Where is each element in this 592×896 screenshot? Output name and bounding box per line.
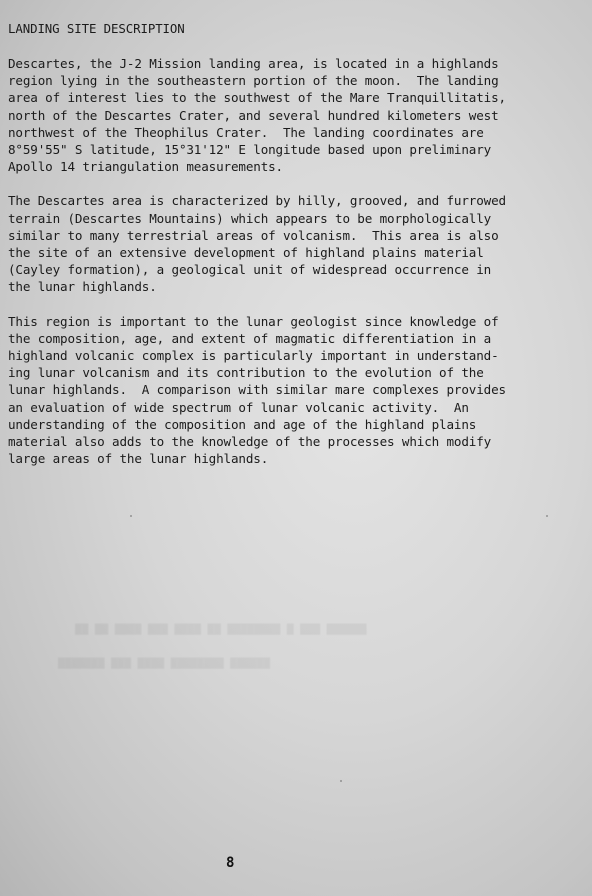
page-number: 8 <box>226 855 234 871</box>
paragraph-importance: This region is important to the lunar ge… <box>8 313 588 468</box>
bleed-through-text: ▇▇▇▇▇▇▇ ▇▇▇ ▇▇▇▇ ▇▇▇▇▇▇▇▇ ▇▇▇▇▇▇ <box>58 656 270 669</box>
bleed-through-text: ▇▇ ▇▇ ▇▇▇▇ ▇▇▇ ▇▇▇▇ ▇▇ ▇▇▇▇▇▇▇▇ ▇ ▇▇▇ ▇▇… <box>75 622 366 635</box>
section-heading: LANDING SITE DESCRIPTION <box>8 20 588 37</box>
document-page: LANDING SITE DESCRIPTION Descartes, the … <box>8 20 588 484</box>
paragraph-location: Descartes, the J-2 Mission landing area,… <box>8 55 588 175</box>
paper-speck <box>130 515 132 517</box>
paragraph-terrain: The Descartes area is characterized by h… <box>8 192 588 295</box>
paper-speck <box>340 780 342 782</box>
paper-speck <box>546 515 548 517</box>
